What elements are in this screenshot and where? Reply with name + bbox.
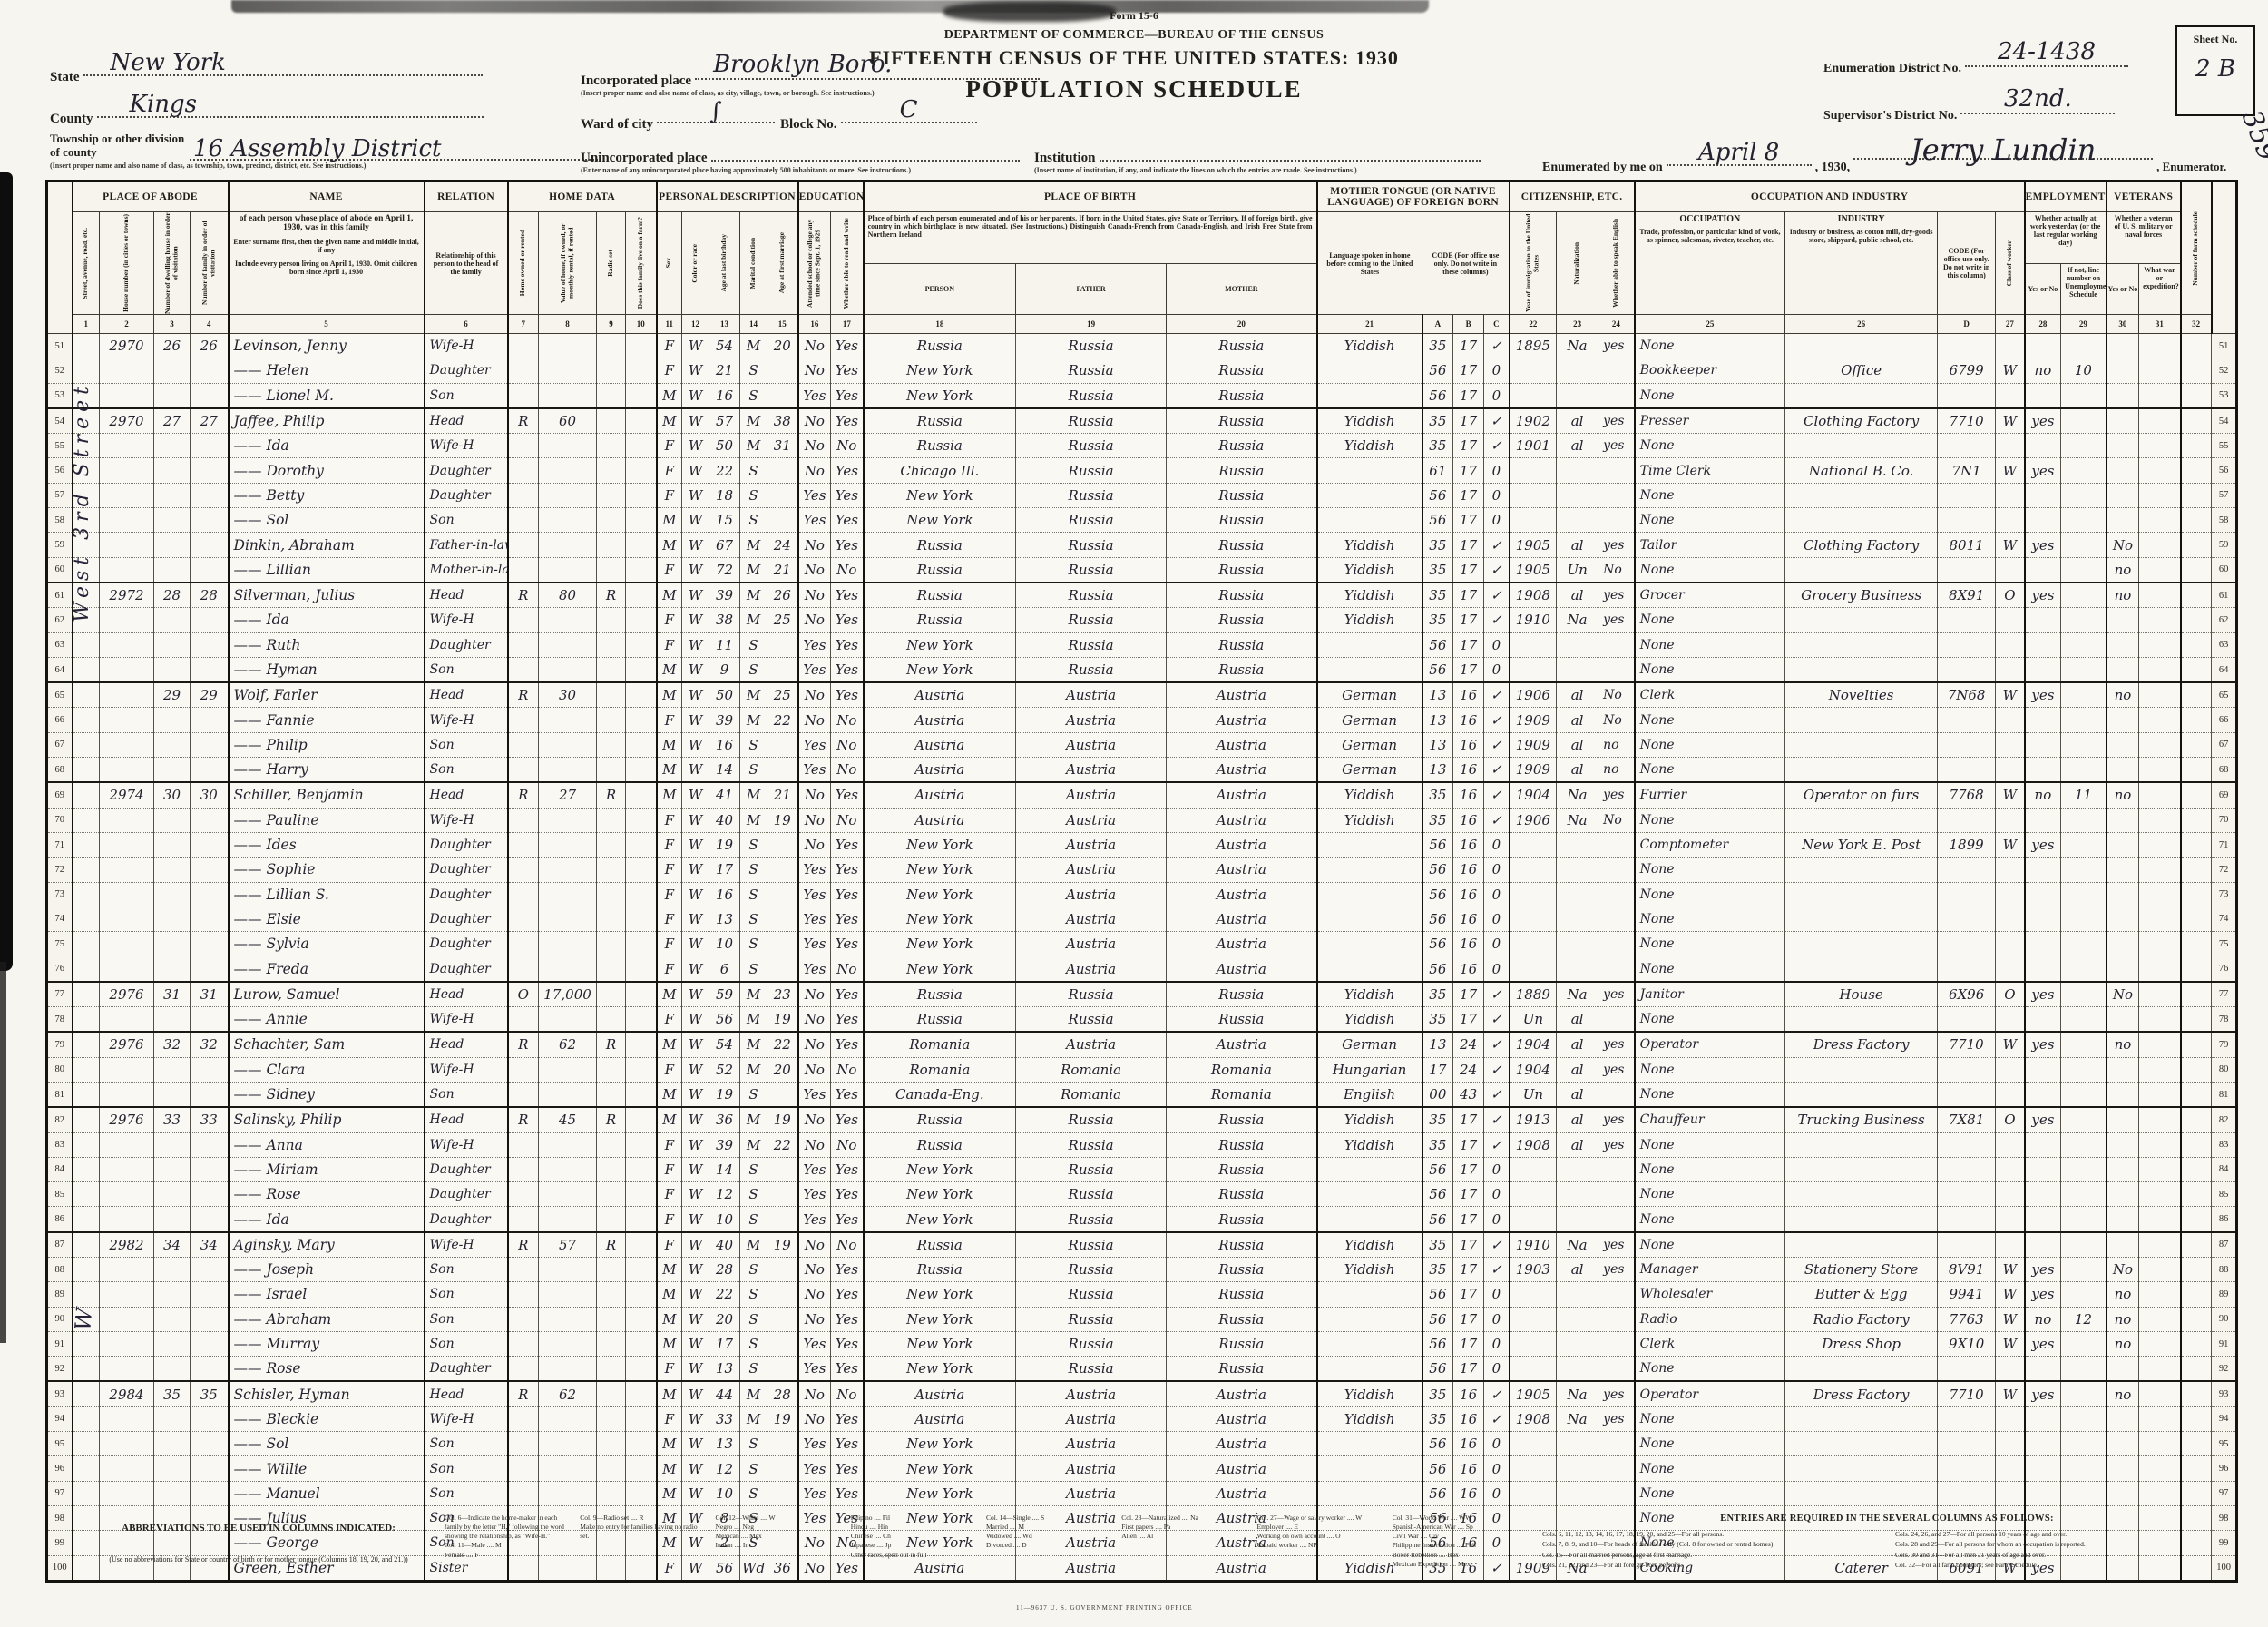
- block-label: Block No.: [780, 117, 837, 132]
- cell-industry: None: [1635, 758, 1785, 783]
- cell-value: [73, 732, 100, 757]
- cell-value: Romania: [1167, 1057, 1317, 1082]
- cell-occupation: yes: [1598, 982, 1635, 1007]
- cell-value: Radio Factory: [1785, 1307, 1938, 1331]
- cell-value: 40: [709, 808, 740, 832]
- cell-value: No: [798, 557, 831, 583]
- table-row: 89—— IsraelSonMW22SNoYesNew YorkRussiaRu…: [47, 1282, 2237, 1307]
- cell-value: [100, 1432, 154, 1456]
- cell-value: Russia: [1167, 557, 1317, 583]
- cell-value: [767, 508, 798, 533]
- cell-value: 56: [1422, 1331, 1453, 1356]
- cell-value: O: [1996, 1107, 2025, 1132]
- cell-value: [2107, 434, 2139, 458]
- line-number: 75: [47, 932, 73, 956]
- cell-value: New York: [864, 1182, 1016, 1207]
- cell-value: [154, 1282, 191, 1307]
- cell-value: [1317, 632, 1422, 657]
- cell-value: [2181, 907, 2212, 931]
- cell-relation: Daughter: [425, 1357, 508, 1382]
- cell-value: Na: [1557, 608, 1598, 632]
- cell-value: [539, 458, 597, 483]
- cell-value: [2107, 956, 2139, 982]
- cell-value: [73, 932, 100, 956]
- cell-value: [73, 982, 100, 1007]
- col-speak-english: Whether able to speak English: [1598, 212, 1635, 315]
- cell-value: S: [740, 1207, 767, 1232]
- cell-value: S: [740, 632, 767, 657]
- cell-value: [626, 408, 657, 434]
- cell-value: [2061, 383, 2107, 408]
- cell-value: [2061, 1331, 2107, 1356]
- column-number: 8: [539, 315, 597, 334]
- cell-value: ✓: [1484, 682, 1510, 708]
- cell-value: [73, 1331, 100, 1356]
- cell-value: [100, 1257, 154, 1281]
- cell-industry: Time Clerk: [1635, 458, 1785, 483]
- cell-value: Butter & Egg: [1785, 1282, 1938, 1307]
- cell-value: [2061, 434, 2107, 458]
- cell-value: R: [508, 682, 539, 708]
- line-number: 56: [2212, 458, 2237, 483]
- col-age: Age at last birthday: [709, 212, 740, 315]
- cell-value: 19: [767, 1406, 798, 1431]
- cell-occupation: [1598, 1157, 1635, 1181]
- cell-value: Russia: [864, 982, 1016, 1007]
- cell-value: [626, 1132, 657, 1157]
- cell-value: Austria: [1167, 1456, 1317, 1481]
- cell-value: no: [2107, 1282, 2139, 1307]
- cell-value: Russia: [1167, 1307, 1317, 1331]
- cell-value: [100, 483, 154, 507]
- line-number: 82: [47, 1107, 73, 1132]
- cell-value: F: [657, 956, 682, 982]
- cell-value: 1910: [1510, 1232, 1557, 1258]
- cell-value: R: [597, 1032, 626, 1057]
- col-farm-family: Does this family live on a farm?: [626, 212, 657, 315]
- cell-value: [154, 557, 191, 583]
- cell-value: W: [682, 508, 709, 533]
- cell-value: 1895: [1510, 334, 1557, 358]
- line-number: 65: [47, 682, 73, 708]
- cell-value: M: [657, 383, 682, 408]
- cell-value: No: [798, 583, 831, 608]
- cell-value: No: [798, 808, 831, 832]
- cell-value: [1785, 383, 1938, 408]
- cell-value: Russia: [864, 434, 1016, 458]
- cell-value: [2025, 932, 2061, 956]
- cell-value: [154, 1157, 191, 1181]
- cell-value: M: [657, 1381, 682, 1406]
- cell-value: [100, 932, 154, 956]
- cell-name: —— Ruth: [229, 632, 425, 657]
- cell-value: [2139, 1282, 2181, 1307]
- cell-value: [1785, 508, 1938, 533]
- cell-value: [73, 832, 100, 857]
- col-house-number: House number (in cities or towns): [100, 212, 154, 315]
- cell-value: [100, 956, 154, 982]
- cell-value: [154, 1007, 191, 1033]
- cell-value: Austria: [1016, 708, 1167, 732]
- cell-value: [2107, 932, 2139, 956]
- column-number: 12: [682, 315, 709, 334]
- cell-value: [1996, 708, 2025, 732]
- cell-value: [2181, 1207, 2212, 1232]
- cell-value: [73, 583, 100, 608]
- cell-value: [1510, 882, 1557, 907]
- supervisor-field: Supervisor's District No. 32nd.: [1823, 98, 2115, 123]
- cell-value: [597, 1357, 626, 1382]
- cell-value: [626, 907, 657, 931]
- cell-value: [539, 557, 597, 583]
- cell-value: [539, 956, 597, 982]
- cell-name: —— Murray: [229, 1331, 425, 1356]
- cell-value: [597, 858, 626, 882]
- group-place-of-birth: PLACE OF BIRTH: [864, 181, 1317, 212]
- cell-value: [100, 383, 154, 408]
- cell-occupation: No: [1598, 808, 1635, 832]
- cell-name: —— Anna: [229, 1132, 425, 1157]
- cell-value: [767, 483, 798, 507]
- cell-value: [626, 732, 657, 757]
- cell-occupation: [1598, 1082, 1635, 1107]
- cell-relation: Wife-H: [425, 708, 508, 732]
- line-number: 69: [47, 782, 73, 808]
- cell-value: [2061, 1082, 2107, 1107]
- cell-value: Russia: [1167, 533, 1317, 557]
- cell-value: [1785, 732, 1938, 757]
- line-number: 58: [2212, 508, 2237, 533]
- cell-occupation: [1598, 858, 1635, 882]
- cell-value: [767, 1307, 798, 1331]
- cell-value: 32: [154, 1032, 191, 1057]
- col-code-note: CODE (For office use only. Do not write …: [1422, 212, 1510, 315]
- cell-value: Austria: [1016, 1381, 1167, 1406]
- cell-value: [2181, 1406, 2212, 1431]
- department-line: DEPARTMENT OF COMMERCE—BUREAU OF THE CEN…: [689, 28, 1579, 43]
- cell-value: 1904: [1510, 1057, 1557, 1082]
- cell-industry: Clerk: [1635, 682, 1785, 708]
- cell-value: 61: [1422, 458, 1453, 483]
- cell-value: [154, 434, 191, 458]
- cell-value: yes: [2025, 408, 2061, 434]
- cell-value: 16: [1453, 1381, 1484, 1406]
- cell-value: [626, 1107, 657, 1132]
- cell-value: Russia: [1167, 1132, 1317, 1157]
- table-row: 73—— Lillian S.DaughterFW16SYesYesNew Yo…: [47, 882, 2237, 907]
- cell-value: No: [798, 1307, 831, 1331]
- cell-value: [73, 1406, 100, 1431]
- cell-value: Yes: [798, 657, 831, 682]
- cell-relation: Daughter: [425, 1182, 508, 1207]
- cell-value: [597, 334, 626, 358]
- cell-value: [73, 1357, 100, 1382]
- cell-value: S: [740, 858, 767, 882]
- cell-value: Russia: [864, 583, 1016, 608]
- cell-value: Na: [1557, 334, 1598, 358]
- table-row: 53—— Lionel M.SonMW16SYesYesNew YorkRuss…: [47, 383, 2237, 408]
- cell-value: [1996, 1357, 2025, 1382]
- cell-industry: None: [1635, 1132, 1785, 1157]
- cell-value: [1938, 956, 1996, 982]
- cell-value: Russia: [1016, 383, 1167, 408]
- cell-value: [73, 708, 100, 732]
- line-number: 82: [2212, 1107, 2237, 1132]
- cell-value: [2061, 708, 2107, 732]
- cell-value: [2107, 1182, 2139, 1207]
- cell-value: German: [1317, 1032, 1422, 1057]
- cell-value: Austria: [1167, 1406, 1317, 1431]
- cell-value: [767, 632, 798, 657]
- cell-value: 17: [1453, 583, 1484, 608]
- cell-value: Russia: [864, 1007, 1016, 1033]
- cell-value: ✓: [1484, 808, 1510, 832]
- cell-value: [191, 533, 229, 557]
- cell-value: [1938, 932, 1996, 956]
- cell-value: [539, 732, 597, 757]
- cell-value: [1938, 632, 1996, 657]
- cell-value: [2061, 557, 2107, 583]
- cell-value: Yes: [831, 358, 864, 383]
- cell-value: 21: [767, 557, 798, 583]
- cell-occupation: yes: [1598, 1032, 1635, 1057]
- cell-value: No: [798, 434, 831, 458]
- cell-occupation: [1598, 1357, 1635, 1382]
- cell-occupation: yes: [1598, 1107, 1635, 1132]
- cell-value: [597, 732, 626, 757]
- cell-value: [100, 1082, 154, 1107]
- cell-value: [2061, 1157, 2107, 1181]
- cell-value: 16: [1453, 708, 1484, 732]
- cell-value: [2181, 583, 2212, 608]
- cell-value: W: [682, 1007, 709, 1033]
- cell-value: English: [1317, 1082, 1422, 1107]
- cell-value: [1938, 1182, 1996, 1207]
- cell-value: [767, 1481, 798, 1505]
- cell-value: [1557, 1282, 1598, 1307]
- cell-value: [73, 858, 100, 882]
- cell-value: [100, 1007, 154, 1033]
- cell-value: 8V91: [1938, 1257, 1996, 1281]
- cell-value: yes: [2025, 1331, 2061, 1356]
- cell-value: Russia: [1167, 1007, 1317, 1033]
- cell-value: M: [740, 782, 767, 808]
- cell-value: [597, 758, 626, 783]
- cell-value: [2181, 1232, 2212, 1258]
- cell-value: 0: [1484, 657, 1510, 682]
- cell-value: [100, 358, 154, 383]
- cell-value: 30: [154, 782, 191, 808]
- cell-value: F: [657, 632, 682, 657]
- cell-value: 35: [1422, 583, 1453, 608]
- cell-value: [191, 483, 229, 507]
- line-number: 97: [47, 1481, 73, 1505]
- cell-value: 56: [1422, 1207, 1453, 1232]
- cell-value: [2139, 657, 2181, 682]
- table-row: 58—— SolSonMW15SYesYesNew YorkRussiaRuss…: [47, 508, 2237, 533]
- cell-value: S: [740, 1456, 767, 1481]
- cell-value: [2061, 858, 2107, 882]
- cell-value: Russia: [1016, 1232, 1167, 1258]
- cell-value: [100, 1307, 154, 1331]
- cell-value: W: [682, 858, 709, 882]
- cell-value: [539, 1357, 597, 1382]
- line-number: 63: [2212, 632, 2237, 657]
- cell-value: [626, 782, 657, 808]
- cell-value: [508, 732, 539, 757]
- cell-name: Salinsky, Philip: [229, 1107, 425, 1132]
- cell-value: F: [657, 858, 682, 882]
- cell-value: al: [1557, 1257, 1598, 1281]
- cell-value: [2107, 1232, 2139, 1258]
- cell-value: 21: [767, 782, 798, 808]
- col-veteran-war: What war or expedition?: [2139, 263, 2181, 315]
- group-name: NAME: [229, 181, 425, 212]
- cell-occupation: yes: [1598, 782, 1635, 808]
- cell-value: [1996, 882, 2025, 907]
- cell-relation: Son: [425, 1432, 508, 1456]
- cell-value: 0: [1484, 632, 1510, 657]
- cell-value: Yes: [798, 858, 831, 882]
- cell-value: 33: [191, 1107, 229, 1132]
- cell-value: W: [682, 882, 709, 907]
- cell-value: [2181, 882, 2212, 907]
- cell-value: [191, 632, 229, 657]
- cell-value: New York: [864, 882, 1016, 907]
- cell-value: Yes: [831, 982, 864, 1007]
- cell-value: R: [508, 1381, 539, 1406]
- cell-value: 1905: [1510, 1381, 1557, 1406]
- cell-value: yes: [2025, 1282, 2061, 1307]
- cell-value: Russia: [1167, 458, 1317, 483]
- table-row: 5129702626Levinson, JennyWife-HFW54M20No…: [47, 334, 2237, 358]
- cell-value: New York: [864, 483, 1016, 507]
- cell-value: [73, 808, 100, 832]
- cell-value: [626, 1207, 657, 1232]
- cell-value: [767, 1282, 798, 1307]
- cell-value: [2061, 1282, 2107, 1307]
- cell-value: 16: [1453, 932, 1484, 956]
- cell-value: [2139, 782, 2181, 808]
- cell-value: [2139, 1157, 2181, 1181]
- cell-relation: Head: [425, 782, 508, 808]
- line-number: 70: [47, 808, 73, 832]
- cell-value: [100, 1157, 154, 1181]
- cell-value: [2181, 383, 2212, 408]
- line-number: 93: [47, 1381, 73, 1406]
- cell-value: 80: [539, 583, 597, 608]
- cell-value: 7N68: [1938, 682, 1996, 708]
- cell-value: [2181, 608, 2212, 632]
- cell-value: ✓: [1484, 1007, 1510, 1033]
- cell-value: [1996, 1132, 2025, 1157]
- cell-value: [2025, 708, 2061, 732]
- column-number: 26: [1785, 315, 1938, 334]
- cell-value: [1785, 1157, 1938, 1181]
- cell-value: [1996, 1232, 2025, 1258]
- entries-item: Col. 15—For all married persons, age at …: [1542, 1550, 1879, 1560]
- cell-value: W: [1996, 408, 2025, 434]
- table-row: 94—— BleckieWife-HFW33M19NoYesAustriaAus…: [47, 1406, 2237, 1431]
- cell-value: [1317, 882, 1422, 907]
- cell-value: [2139, 458, 2181, 483]
- line-number: 51: [47, 334, 73, 358]
- cell-value: [2139, 1082, 2181, 1107]
- cell-value: F: [657, 1232, 682, 1258]
- cell-value: [597, 1257, 626, 1281]
- cell-value: 54: [709, 334, 740, 358]
- col-employment-yesno: Yes or No: [2025, 263, 2061, 315]
- cell-value: [1510, 508, 1557, 533]
- cell-value: [191, 1432, 229, 1456]
- cell-value: [508, 832, 539, 857]
- table-row: 64—— HymanSonMW9SYesYesNew YorkRussiaRus…: [47, 657, 2237, 682]
- cell-value: [191, 1182, 229, 1207]
- cell-value: [626, 1331, 657, 1356]
- cell-value: [2025, 657, 2061, 682]
- cell-value: Yes: [831, 508, 864, 533]
- cell-value: Yes: [798, 1082, 831, 1107]
- cell-value: [2139, 583, 2181, 608]
- cell-value: S: [740, 383, 767, 408]
- cell-relation: Son: [425, 657, 508, 682]
- cell-value: [154, 483, 191, 507]
- cell-name: —— Sidney: [229, 1082, 425, 1107]
- cell-value: [767, 1082, 798, 1107]
- cell-value: W: [682, 932, 709, 956]
- cell-value: ✓: [1484, 1082, 1510, 1107]
- cell-value: [1510, 1481, 1557, 1505]
- cell-value: [154, 1481, 191, 1505]
- cell-value: Yes: [831, 1032, 864, 1057]
- cell-value: Austria: [1016, 1481, 1167, 1505]
- cell-value: New York: [864, 858, 1016, 882]
- table-row: 56—— DorothyDaughterFW22SNoYesChicago Il…: [47, 458, 2237, 483]
- cell-value: [2181, 557, 2212, 583]
- cell-value: M: [740, 1232, 767, 1258]
- cell-value: W: [682, 657, 709, 682]
- cell-value: W: [682, 1107, 709, 1132]
- cell-industry: Grocer: [1635, 583, 1785, 608]
- cell-value: M: [657, 1257, 682, 1281]
- cell-value: Yes: [831, 932, 864, 956]
- line-number: 84: [47, 1157, 73, 1181]
- cell-value: [2025, 1232, 2061, 1258]
- cell-value: W: [1996, 1032, 2025, 1057]
- cell-value: [1996, 1456, 2025, 1481]
- cell-value: 41: [709, 782, 740, 808]
- cell-value: [1510, 1282, 1557, 1307]
- cell-value: New York: [864, 907, 1016, 931]
- line-number: 92: [47, 1357, 73, 1382]
- table-header: PLACE OF ABODE NAME RELATION HOME DATA P…: [47, 181, 2237, 334]
- cell-value: [2025, 808, 2061, 832]
- cell-value: [1317, 1307, 1422, 1331]
- cell-value: [626, 533, 657, 557]
- cell-value: [2107, 1481, 2139, 1505]
- entries-item: Cols. 28 and 29—For all persons for whom…: [1895, 1539, 2232, 1549]
- cell-value: ✓: [1484, 434, 1510, 458]
- cell-value: [767, 383, 798, 408]
- cell-value: M: [657, 508, 682, 533]
- cell-value: Russia: [1167, 1257, 1317, 1281]
- cell-value: 56: [709, 1007, 740, 1033]
- cell-value: [1938, 882, 1996, 907]
- cell-value: ✓: [1484, 1232, 1510, 1258]
- cell-value: S: [740, 732, 767, 757]
- cell-value: [508, 657, 539, 682]
- cell-value: [508, 808, 539, 832]
